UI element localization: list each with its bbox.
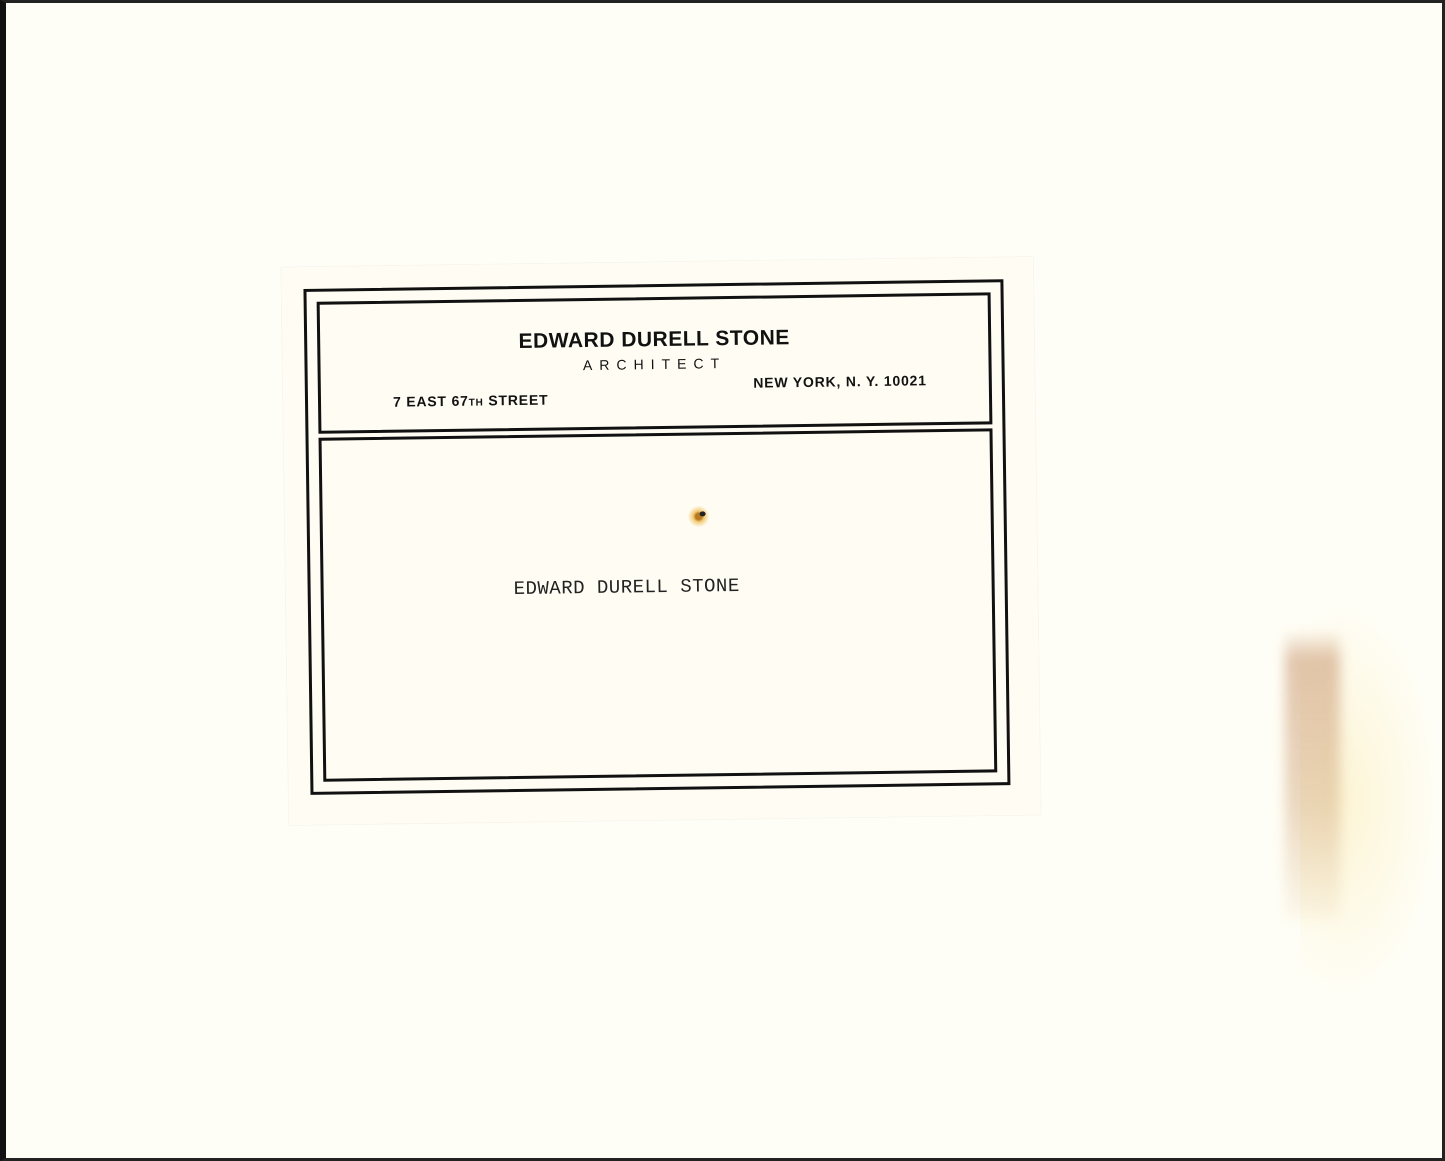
label-body-box: EDWARD DURELL STONE — [319, 428, 998, 781]
street-address: 7 EAST 67TH STREET — [393, 392, 549, 410]
ink-spot — [688, 505, 710, 527]
tape-stain — [1285, 630, 1340, 920]
typed-name: EDWARD DURELL STONE — [514, 575, 740, 600]
letterhead-box: EDWARD DURELL STONE ARCHITECT 7 EAST 67T… — [317, 292, 993, 433]
city-address: NEW YORK, N. Y. 10021 — [753, 372, 927, 390]
architect-label: EDWARD DURELL STONE ARCHITECT 7 EAST 67T… — [281, 257, 1041, 825]
label-outer-frame: EDWARD DURELL STONE ARCHITECT 7 EAST 67T… — [303, 279, 1010, 795]
ink-spot-center — [700, 511, 706, 516]
firm-name: EDWARD DURELL STONE — [320, 323, 988, 356]
